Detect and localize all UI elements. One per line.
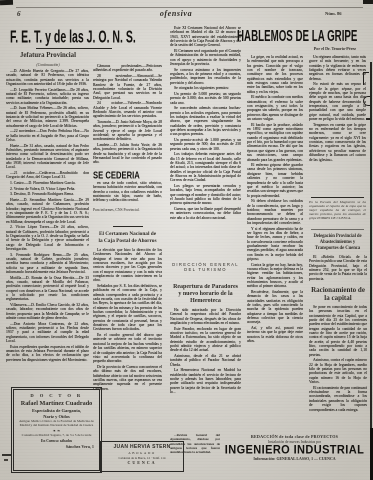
fet-body-column-2: Cámaras profesionales.—Peticiones adheri…	[93, 64, 162, 167]
body-paragraph: La gripe, en la realidad actual, es la e…	[247, 55, 303, 94]
body-paragraph: Señalados por S. E. los días definitivos…	[93, 284, 162, 332]
ingeniero-ad: REDACCIÓN de toda clase de PROYECTOS Ins…	[221, 434, 368, 461]
doctor-details: Antiguo Médico Clínico de la Facultad de…	[17, 420, 96, 428]
note-rule	[311, 197, 364, 198]
se-cederia-body: en casa de todo confort, sitio céntrico,…	[93, 181, 162, 207]
body-paragraph: —21 octubre.—Cedáceros.—Readmitido don G…	[6, 171, 89, 180]
body-paragraph: Se concederán además cincuenta huchas-pr…	[170, 106, 241, 136]
certamen-heading-line: El Certamen Nacional de	[95, 231, 161, 238]
body-paragraph: —22 noviembre.—Don Pedro Peñalosa Hoz.—N…	[6, 129, 89, 142]
newspaper-page-scan: { "colors": { "paper": "#d8d5ce", "ink":…	[0, 0, 373, 480]
body-paragraph: El racionamiento de pan continuará efect…	[309, 386, 367, 412]
body-paragraph: Y si el régimen alimenticio ha de ser li…	[247, 227, 303, 262]
body-paragraph: Asimismo, contra el cupón número 22 de l…	[309, 358, 367, 384]
certamen-heading: El Certamen Nacional de la Caja Postal d…	[95, 231, 161, 244]
se-cederia-headline: SE CEDERIA	[93, 169, 140, 181]
gripe-column-left: La gripe, en la realidad actual, es la e…	[247, 55, 303, 433]
se-cederia-footer: Para informes, CNS Provincial.	[93, 208, 162, 212]
body-paragraph: Landete.—D. Julián Soria Yuste, de 26 añ…	[93, 143, 162, 165]
body-paragraph: Los trabajos deberán entregarse antes de…	[170, 152, 241, 182]
body-paragraph: Ni deben olvidarse los cuidados de la co…	[247, 199, 303, 225]
body-paragraph: Estos expedientes quedan expuestos en el…	[6, 345, 89, 362]
body-paragraph: 3. Destino, D. Fernando Rodríguez Rema.	[6, 192, 89, 196]
scan-edge-bar	[370, 428, 373, 480]
body-paragraph: 2. Vecino de Valera, D. Víctor López Peñ…	[6, 187, 89, 191]
body-paragraph: Se convoca asimismo a los imponentes reg…	[170, 68, 241, 85]
gripe-headline: HABLEMOS DE LA GRIPE	[237, 27, 357, 45]
gripe-italic-note: En la Escuela del Magisterio se ha organ…	[309, 200, 366, 220]
body-paragraph: 24 octubre.—Valverde.—Nombrado Alcalde y…	[93, 101, 162, 118]
body-paragraph: 3. Fernando Rodríguez Rema.—De 25 años, …	[6, 253, 89, 275]
ingeniero-ad-title: INGENIERO INDUSTRIAL	[221, 443, 368, 456]
body-paragraph: Cuenca, que tan brillante papel desempeñ…	[170, 207, 241, 220]
note-rule	[311, 229, 364, 230]
scan-artifact	[4, 459, 8, 461]
fet-body-column-1: —D. Alfredo Huerta de Gregorio.—De 27 añ…	[6, 69, 89, 386]
body-paragraph: ...Revista General del Ayuntamiento, dán…	[170, 433, 220, 455]
section-rule	[113, 226, 143, 227]
turismo-heading: Reapertura de Paradores y nuevo horario …	[170, 284, 241, 305]
body-paragraph: Villanueva.—D. Emilio Checa Garrido, de …	[6, 303, 89, 320]
scan-artifact	[366, 118, 370, 120]
body-paragraph: Se otorgarán los siguientes premios:	[170, 86, 241, 90]
body-paragraph: Un premio-accésit de 1.000 pesetas y un …	[170, 138, 241, 151]
scan-corner-mark	[0, 0, 13, 5]
scan-corner-mark	[363, 0, 373, 4]
certamen-lead-column: Este XI Certamen Nacional del Ahorro se …	[170, 26, 241, 259]
ingeniero-ad-line: REDACCIÓN de toda clase de PROYECTOS	[221, 434, 368, 439]
body-paragraph: Los pliegos se presentarán cerrados y la…	[170, 184, 241, 206]
continuation-label: (Continuación)	[6, 63, 90, 67]
body-paragraph: El «Boletín Oficial» de la Provincia pub…	[309, 255, 367, 281]
racionamiento-body: Se pone en conocimiento de todas las per…	[309, 305, 367, 432]
delegacion-heading-line: Transportes de Cuenca	[310, 245, 364, 251]
body-paragraph: Huete.—D. Secundino Martínez García.—De …	[6, 198, 89, 224]
doctor-schedule-cuenca: En Cuenca: sábados	[17, 439, 96, 443]
turismo-body: Ha sido autorizada por la Dirección Gene…	[170, 308, 241, 432]
body-paragraph: Un régimen alimenticio, tanto más grave …	[309, 55, 366, 81]
turismo-heading-line: y nuevo horario de la	[170, 291, 241, 298]
body-paragraph: Este Parador, enclavado en lugar de gran…	[170, 327, 241, 353]
turismo-heading-line: Hemeroteca	[170, 298, 241, 305]
se-cederia-text: en casa de todo confort, sitio céntrico,…	[93, 181, 162, 203]
body-paragraph: Cámaras profesionales.—Peticiones adheri…	[93, 64, 162, 73]
turismo-kicker-line: DEL TURISMO	[170, 267, 241, 272]
masthead-title: ofensiva	[138, 9, 214, 18]
body-paragraph: Ha sido autorizada por la Dirección Gene…	[170, 308, 241, 325]
doctor-schedule: Consulta en Madrid: Sagasta, 7, de 3 a 5…	[17, 434, 96, 438]
turismo-heading-line: Reapertura de Paradores	[170, 284, 241, 291]
body-paragraph: Este XI Certamen Nacional del Ahorro se …	[170, 26, 241, 48]
body-paragraph: Así, y sólo así, pasará este invierno si…	[247, 326, 303, 343]
body-paragraph: 28 noviembre.—Almonacid.—Se reintegra po…	[93, 74, 162, 100]
headline-rule	[36, 48, 112, 49]
fet-headline: F. E. T. y de las J. O. N. S.	[10, 27, 136, 46]
certamen-heading-line: la Caja Postal de Ahorros	[95, 238, 161, 245]
scan-edge-line	[370, 62, 371, 430]
racionamiento-heading: Racionamiento de la capital	[309, 287, 367, 303]
doctor-name: Rafael Martínez Cuadrado	[17, 400, 96, 407]
body-paragraph: 2. Víctor López Torres.—De 24 años, solt…	[6, 225, 89, 251]
turismo-body-tail: ...Revista General del Ayuntamiento, dán…	[170, 433, 220, 467]
turismo-kicker: DIRECCIÓN GENERAL DEL TURISMO	[170, 262, 241, 272]
body-paragraph: La Hemeroteca Nacional en Madrid ha esta…	[170, 368, 241, 394]
body-paragraph: El médico la combate con medios sintomát…	[247, 95, 303, 121]
body-paragraph: Contra la gripe no hay, hasta hoy, vacun…	[247, 263, 303, 289]
body-paragraph: —D. Juan Molina Yébenes.—De 26 años, sol…	[6, 106, 89, 128]
certamen-body: La elección que hizo la dirección de los…	[93, 248, 162, 437]
gripe-column-right: Un régimen alimenticio, tanto más grave …	[309, 55, 366, 195]
page-number: 6	[17, 10, 21, 18]
ad-kicker: D O C T O R	[17, 393, 96, 398]
doctor-ad-box: D O C T O R Rafael Martínez Cuadrado Esp…	[13, 389, 100, 471]
racionamiento-heading-line: la capital	[309, 295, 367, 303]
body-paragraph: No estará de más un reposo al salir de l…	[309, 82, 366, 121]
body-paragraph: El bacilo que la produce, aislado en 189…	[247, 123, 303, 162]
body-paragraph: Se pone en conocimiento de todas las per…	[309, 305, 367, 357]
body-paragraph: Tarancón.—D. Justo Saliente Moya, de 28 …	[93, 120, 162, 142]
doctor-specialty: Especialista de Garganta,	[17, 408, 96, 413]
body-paragraph: La elección que hizo la dirección de los…	[93, 248, 162, 283]
body-paragraph: 1. Castro.—D. Florentino Martínez García…	[6, 181, 89, 185]
fet-subhead: Jefatura Provincial	[6, 52, 90, 59]
scan-artifact	[2, 454, 11, 456]
body-paragraph: —Don Aniceto Mora Contreras, de 22 años,…	[6, 322, 89, 344]
ingeniero-ad-line: Información: GENERAL LASSO, 1 — CUENCA	[221, 457, 368, 461]
body-paragraph: Recuérdese, finalmente, que la denuncia …	[247, 290, 303, 325]
body-paragraph: En el cuadro general del ahorro que ante…	[93, 333, 162, 363]
body-paragraph: El enfermo griposo debe guardar cama des…	[247, 163, 303, 198]
delegacion-body: El «Boletín Oficial» de la Provincia pub…	[309, 255, 367, 285]
doctor-specialty: Nariz y Oídos	[17, 414, 96, 419]
body-paragraph: De la provincia de Cuenca concurrieron e…	[93, 365, 162, 391]
body-paragraph: —D. Alfredo Huerta de Gregorio.—De 27 añ…	[6, 69, 89, 86]
body-paragraph: Motilla.—D. Román de la Ossa Herráiz.—De…	[6, 276, 89, 302]
delegacion-heading: Delegación Provincial de Abastecimientos…	[310, 233, 364, 252]
body-paragraph: Huete.—De 31 años, casado, natural de Sa…	[6, 144, 89, 170]
doctor-address: Sánchez Vera, 1	[17, 444, 96, 449]
gripe-byline: Por el Dr. Tenorio-Pérez	[280, 46, 356, 51]
body-paragraph: —D. Leopoldo Ferreiro Castellanos.—De 28…	[6, 88, 89, 105]
issue-number: Núm. 86	[325, 11, 342, 16]
body-paragraph: Un premio de 5.000 pesetas; un segundo p…	[170, 92, 241, 105]
body-paragraph: El Certamen será organizado por el Conse…	[170, 49, 241, 66]
header-rule	[16, 7, 363, 8]
body-paragraph: Tengamos en cuenta que la gripe no es en…	[309, 123, 366, 162]
body-paragraph: Asimismo, desde el día 21 se abrirá tamb…	[170, 354, 241, 367]
